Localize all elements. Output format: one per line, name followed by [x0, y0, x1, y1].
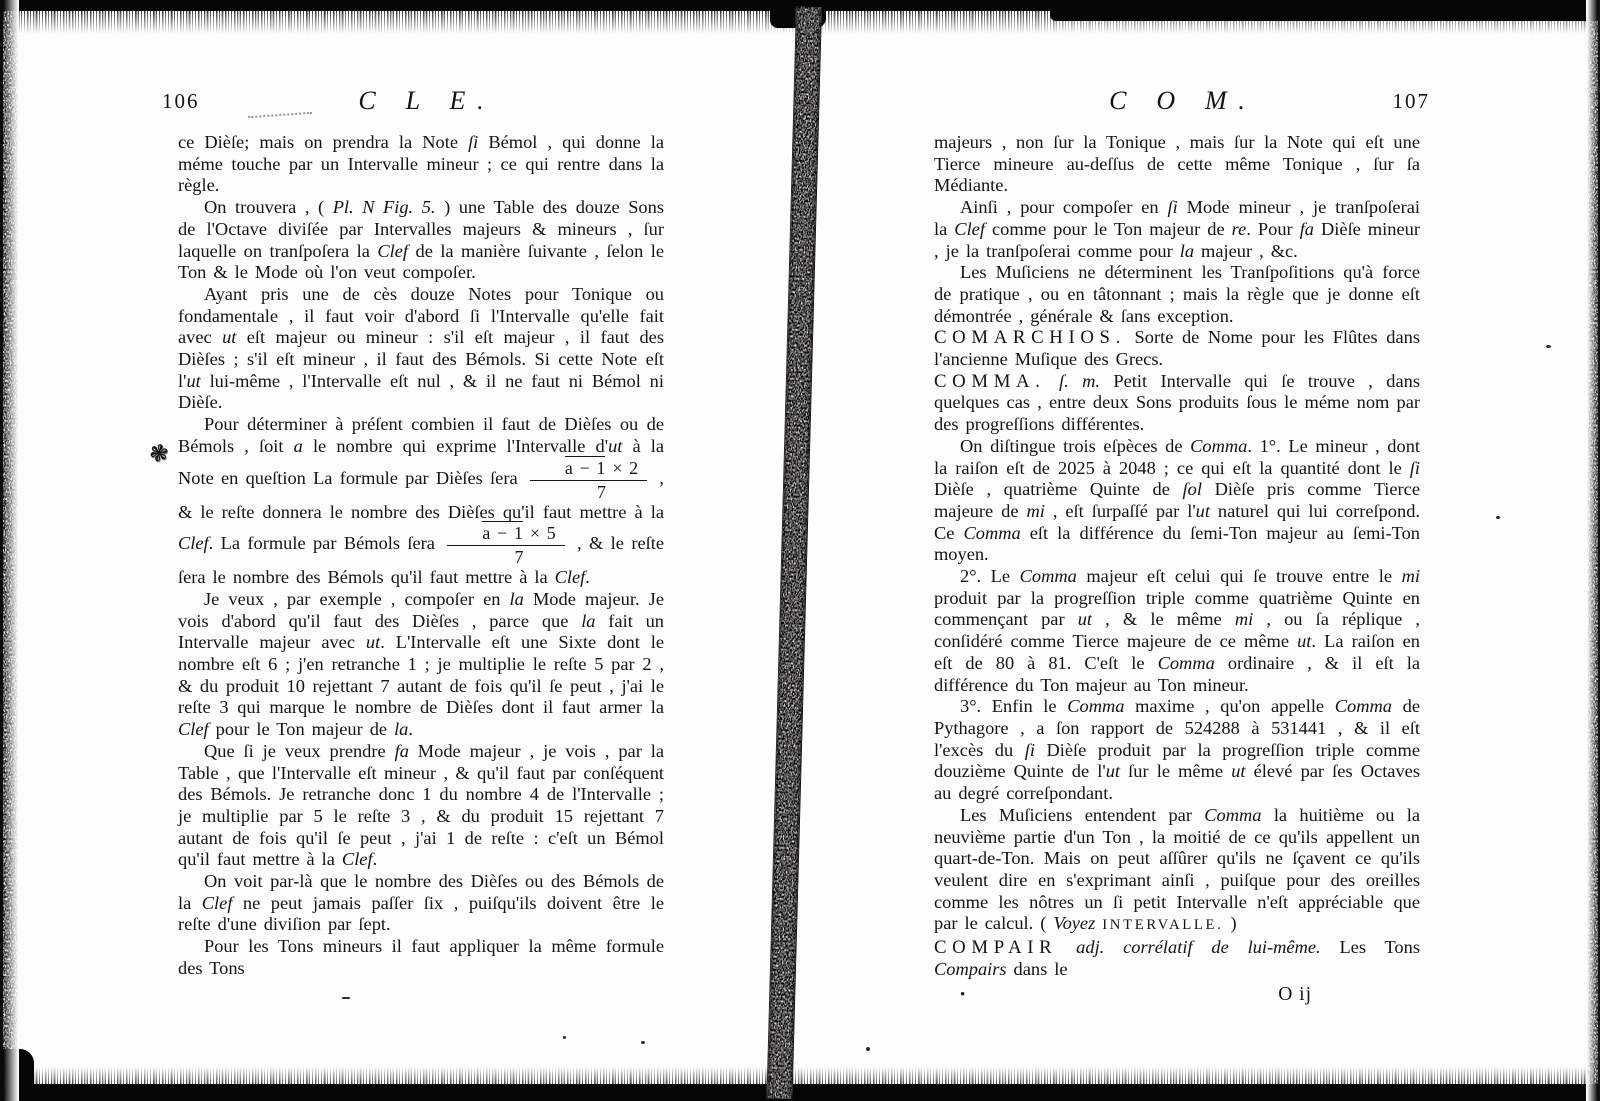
- body-paragraph: ce Dièſe; mais on prendra la Note ſi Bém…: [178, 132, 664, 197]
- scan-speckle: [342, 997, 350, 999]
- dictionary-entry-paragraph: COMPAIR adj. corrélatif de lui-même. Les…: [934, 937, 1420, 980]
- signature-row: • O ij: [934, 984, 1420, 1006]
- body-paragraph: On trouvera , ( Pl. N Fig. 5. ) une Tabl…: [178, 197, 664, 284]
- scan-speckle: [1546, 345, 1551, 348]
- right-page-header: C O M. 107: [934, 86, 1420, 126]
- body-paragraph: Ainſi , pour compoſer en ſi Mode mineur …: [934, 197, 1420, 262]
- scan-speckle: [866, 1047, 870, 1051]
- body-paragraph: 3°. Enfin le Comma maxime , qu'on appell…: [934, 696, 1420, 805]
- small-caps-reference: Intervalle.: [1102, 917, 1223, 933]
- scan-speckle: [563, 1036, 566, 1039]
- body-paragraph: majeurs , non ſur la Tonique , mais ſur …: [934, 132, 1420, 197]
- entry-headword: COMMA.: [934, 371, 1046, 392]
- running-head: C O M.: [934, 86, 1420, 116]
- body-paragraph: Ayant pris une de cès douze Notes pour T…: [178, 284, 664, 414]
- body-paragraph: On voit par-là que le nombre des Dièſes …: [178, 871, 664, 936]
- book-gutter-spine: [766, 7, 822, 1099]
- dictionary-entry-paragraph: COMMA. ſ. m. Petit Intervalle qui ſe tro…: [934, 371, 1420, 436]
- body-paragraph: Pour déterminer à préſent combien il fau…: [178, 414, 664, 589]
- right-page-text: majeurs , non ſur la Tonique , mais ſur …: [934, 132, 1420, 980]
- ink-blot-ornament: ❃: [147, 441, 170, 466]
- page-number: 107: [1393, 89, 1431, 114]
- scan-top-bar-right: [1050, 0, 1600, 21]
- body-paragraph: Que ſi je veux prendre fa Mode majeur , …: [178, 741, 664, 871]
- scan-bottom-bar: [0, 1084, 1600, 1101]
- running-head: C L E.: [178, 86, 664, 116]
- entry-headword: COMARCHIOS.: [934, 327, 1126, 348]
- left-page-text: ❃ ce Dièſe; mais on prendra la Note ſi B…: [178, 132, 664, 980]
- page-number: 106: [162, 89, 200, 114]
- body-paragraph: 2°. Le Comma majeur eſt celui qui ſe tro…: [934, 566, 1420, 696]
- body-paragraph: Les Muſiciens ne déterminent les Tranſpo…: [934, 262, 1420, 327]
- scan-left-edge-noise: [0, 0, 19, 1101]
- body-paragraph: On diſtingue trois eſpèces de Comma. 1°.…: [934, 436, 1420, 566]
- scan-speckle: [641, 1041, 645, 1044]
- formula-fraction: a − 1 × 57: [447, 523, 564, 567]
- formula-fraction: a − 1 × 27: [530, 458, 647, 502]
- scan-right-edge-noise: [1586, 0, 1600, 1101]
- scan-speckle: [1496, 516, 1500, 519]
- body-paragraph: Je veux , par exemple , compoſer en la M…: [178, 589, 664, 741]
- left-page-header: 106 C L E.: [178, 86, 664, 126]
- dictionary-entry-paragraph: COMARCHIOS. Sorte de Nome pour les Flûte…: [934, 327, 1420, 370]
- body-paragraph: Pour les Tons mineurs il faut appliquer …: [178, 936, 664, 979]
- book-page-left: 106 C L E. ❃ ce Dièſe; mais on prendra l…: [178, 86, 664, 980]
- body-paragraph: Les Muſiciens entendent par Comma la hui…: [934, 805, 1420, 937]
- ink-dot: •: [960, 988, 965, 1003]
- gathering-signature: O ij: [1278, 984, 1312, 1006]
- book-page-right: C O M. 107 majeurs , non ſur la Tonique …: [934, 86, 1420, 1006]
- entry-headword: COMPAIR: [934, 937, 1057, 958]
